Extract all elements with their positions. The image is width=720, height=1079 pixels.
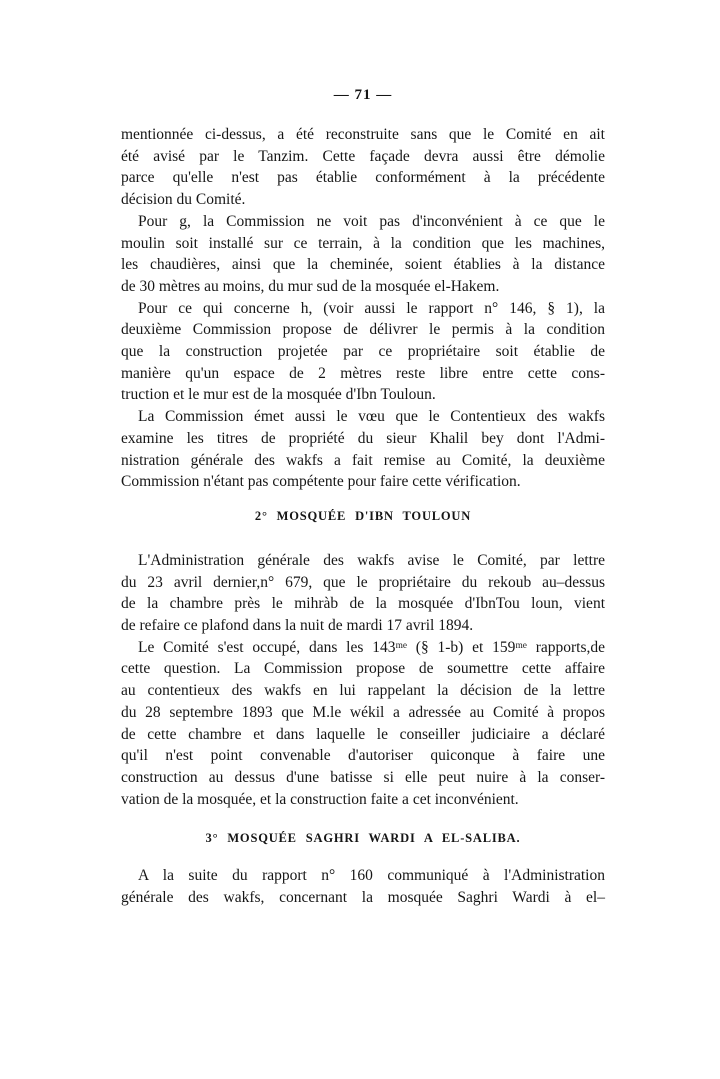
text-line: de 30 mètres au moins, du mur sud de la … bbox=[121, 276, 605, 298]
paragraph: La Commission émet aussi le vœu que le C… bbox=[121, 406, 605, 493]
text-line: été avisé par le Tanzim. Cette façade de… bbox=[121, 146, 605, 168]
page-content: mentionnée ci-dessus, a été reconstruite… bbox=[121, 124, 605, 909]
text-line: A la suite du rapport n° 160 communiqué … bbox=[121, 865, 605, 887]
text-line: examine les titres de propriété du sieur… bbox=[121, 428, 605, 450]
paragraph: L'Administration générale des wakfs avis… bbox=[121, 550, 605, 637]
section-heading: 3° MOSQUÉE SAGHRI WARDI A EL-SALIBA. bbox=[121, 831, 605, 846]
text-line: deuxième Commission propose de délivrer … bbox=[121, 319, 605, 341]
text-line: décision du Comité. bbox=[121, 189, 605, 211]
text-line: nistration générale des wakfs a fait rem… bbox=[121, 450, 605, 472]
text-line: de la chambre près le mihràb de la mosqu… bbox=[121, 593, 605, 615]
text-line: au contentieux des wakfs en lui rappelan… bbox=[121, 680, 605, 702]
page-number: — 71 — bbox=[121, 87, 605, 104]
text-line: construction au dessus d'une batisse si … bbox=[121, 767, 605, 789]
document-page: — 71 — mentionnée ci-dessus, a été recon… bbox=[0, 0, 720, 1079]
text-line: les chaudières, ainsi que la cheminée, s… bbox=[121, 254, 605, 276]
paragraph: Pour ce qui concerne h, (voir aussi le r… bbox=[121, 298, 605, 407]
text-line: du 28 septembre 1893 que M.le wékil a ad… bbox=[121, 702, 605, 724]
text-line: que la construction projetée par ce prop… bbox=[121, 341, 605, 363]
text-line: de refaire ce plafond dans la nuit de ma… bbox=[121, 615, 605, 637]
text-line: moulin soit installé sur ce terrain, à l… bbox=[121, 233, 605, 255]
text-line: truction et le mur est de la mosquée d'I… bbox=[121, 384, 605, 406]
paragraph: A la suite du rapport n° 160 communiqué … bbox=[121, 865, 605, 908]
paragraph: Le Comité s'est occupé, dans les 143ᵐᵉ (… bbox=[121, 637, 605, 811]
text-line: de cette chambre et dans laquelle le con… bbox=[121, 724, 605, 746]
section-heading: 2° MOSQUÉE D'IBN TOULOUN bbox=[121, 509, 605, 524]
text-line: cette question. La Commission propose de… bbox=[121, 658, 605, 680]
text-line: Le Comité s'est occupé, dans les 143ᵐᵉ (… bbox=[121, 637, 605, 659]
text-line: L'Administration générale des wakfs avis… bbox=[121, 550, 605, 572]
text-line: Pour g, la Commission ne voit pas d'inco… bbox=[121, 211, 605, 233]
text-line: La Commission émet aussi le vœu que le C… bbox=[121, 406, 605, 428]
paragraph: mentionnée ci-dessus, a été reconstruite… bbox=[121, 124, 605, 211]
text-line: du 23 avril dernier,n° 679, que le propr… bbox=[121, 572, 605, 594]
text-line: Commission n'étant pas compétente pour f… bbox=[121, 471, 605, 493]
text-line: vation de la mosquée, et la construction… bbox=[121, 789, 605, 811]
paragraph: Pour g, la Commission ne voit pas d'inco… bbox=[121, 211, 605, 298]
text-line: générale des wakfs, concernant la mosqué… bbox=[121, 887, 605, 909]
text-line: qu'il n'est point convenable d'autoriser… bbox=[121, 745, 605, 767]
text-line: parce qu'elle n'est pas établie conformé… bbox=[121, 167, 605, 189]
text-line: mentionnée ci-dessus, a été reconstruite… bbox=[121, 124, 605, 146]
text-line: manière qu'un espace de 2 mètres reste l… bbox=[121, 363, 605, 385]
text-line: Pour ce qui concerne h, (voir aussi le r… bbox=[121, 298, 605, 320]
